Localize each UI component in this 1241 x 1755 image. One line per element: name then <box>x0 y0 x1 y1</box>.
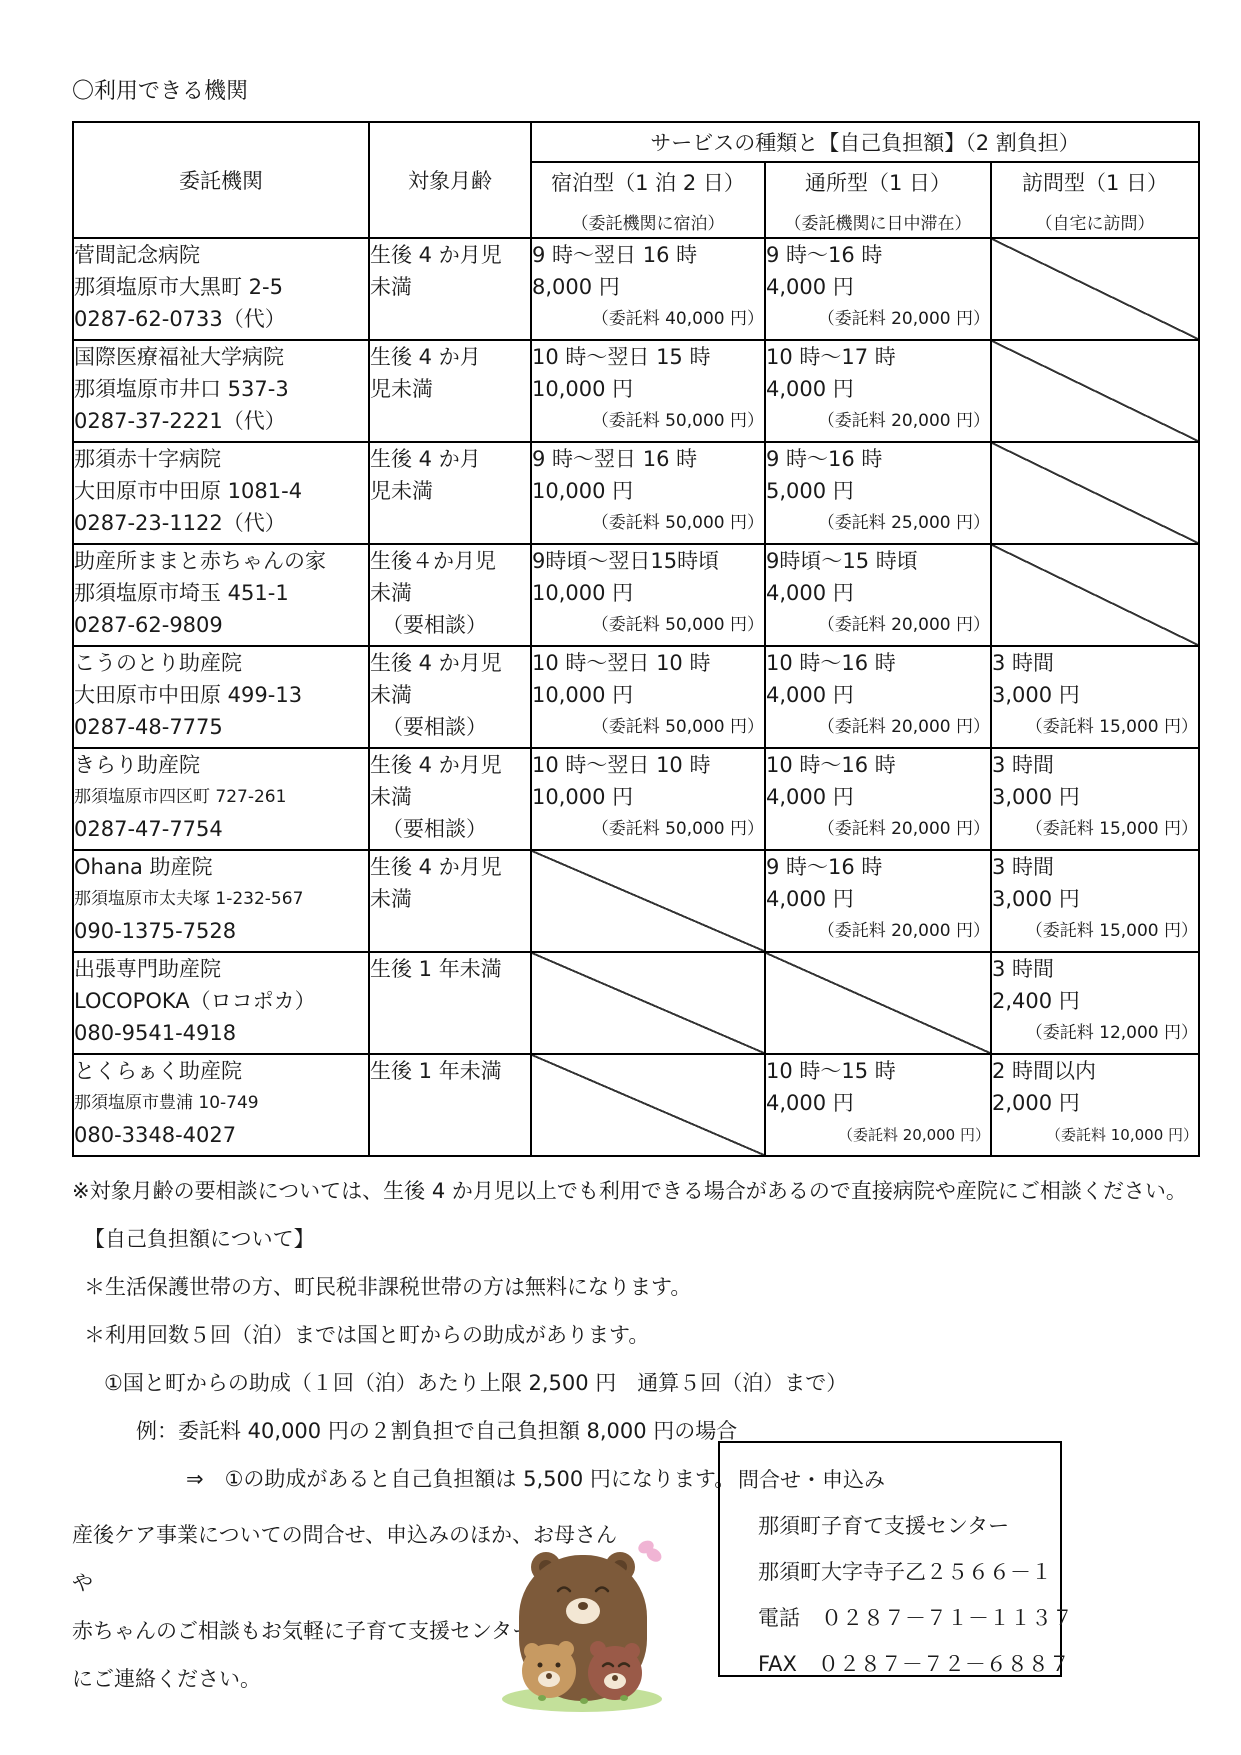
day-cell-line: （委託料 20,000 円） <box>766 609 990 641</box>
stay-cell-empty-diagonal <box>531 850 765 952</box>
stay-cell: 9時頃～翌日15時頃10,000 円（委託料 50,000 円） <box>531 544 765 646</box>
age-cell-line: （要相談） <box>370 813 530 845</box>
stay-cell-empty-diagonal <box>531 1054 765 1156</box>
visit-cell-line: （委託料 15,000 円） <box>992 915 1198 947</box>
day-cell: 9 時～16 時5,000 円（委託料 25,000 円） <box>765 442 991 544</box>
header-day-sub: （委託機関に日中滞在） <box>766 209 990 234</box>
contact-box: 問合せ・申込み 那須町子育て支援センター 那須町大字寺子乙２５６６－１ 電話 ０… <box>718 1441 1062 1677</box>
org-cell-line: 那須塩原市大黒町 2-5 <box>74 271 368 303</box>
org-cell-line: 0287-62-9809 <box>74 609 368 641</box>
age-cell-line: （要相談） <box>370 609 530 641</box>
org-cell: きらり助産院那須塩原市四区町 727-2610287-47-7754 <box>73 748 369 850</box>
org-cell-line: LOCOPOKA（ロコポカ） <box>74 985 368 1017</box>
stay-cell-line: 10,000 円 <box>532 475 764 507</box>
age-cell: 生後 4 か月児未満（要相談） <box>369 748 531 850</box>
header-age: 対象月齢 <box>369 122 531 238</box>
visit-cell: 3 時間2,400 円（委託料 12,000 円） <box>991 952 1199 1054</box>
age-cell-line: 生後 1 年未満 <box>370 953 530 985</box>
org-cell-line: 大田原市中田原 499-13 <box>74 679 368 711</box>
org-cell-line: こうのとり助産院 <box>74 647 368 679</box>
day-cell: 9時頃～15 時頃4,000 円（委託料 20,000 円） <box>765 544 991 646</box>
visit-cell-line: 3,000 円 <box>992 679 1198 711</box>
header-row-group: 委託機関 対象月齢 サービスの種類と【自己負担額】（2 割負担） <box>73 122 1199 162</box>
contact-phone: 電話 ０２８７－７１－１１３７ <box>758 1595 1060 1641</box>
page-title: 〇利用できる機関 <box>72 74 1198 105</box>
age-cell-line: 生後 4 か月児 <box>370 647 530 679</box>
org-cell-line: 出張専門助産院 <box>74 953 368 985</box>
visit-cell-line: 3,000 円 <box>992 883 1198 915</box>
org-cell-line: きらり助産院 <box>74 749 368 781</box>
org-cell-line: 0287-62-0733（代） <box>74 303 368 335</box>
day-cell: 9 時～16 時4,000 円（委託料 20,000 円） <box>765 238 991 340</box>
org-cell: 菅間記念病院那須塩原市大黒町 2-50287-62-0733（代） <box>73 238 369 340</box>
day-cell-line: （委託料 20,000 円） <box>766 405 990 437</box>
contact-fax: FAX ０２８７－７２－６８８７ <box>758 1641 1060 1687</box>
table-row: きらり助産院那須塩原市四区町 727-2610287-47-7754生後 4 か… <box>73 748 1199 850</box>
stay-cell-line: 10,000 円 <box>532 577 764 609</box>
day-cell-line: 4,000 円 <box>766 577 990 609</box>
visit-cell-line: 3 時間 <box>992 647 1198 679</box>
table-header: 委託機関 対象月齢 サービスの種類と【自己負担額】（2 割負担） 宿泊型（1 泊… <box>73 122 1199 238</box>
stay-cell-line: 9 時～翌日 16 時 <box>532 239 764 271</box>
org-cell-line: 那須塩原市埼玉 451-1 <box>74 577 368 609</box>
contact-title: 問合せ・申込み <box>738 1457 1060 1503</box>
table-row: 助産所ままと赤ちゃんの家那須塩原市埼玉 451-10287-62-9809生後４… <box>73 544 1199 646</box>
day-cell-line: 4,000 円 <box>766 679 990 711</box>
stay-cell-line: （委託料 40,000 円） <box>532 303 764 335</box>
header-org: 委託機関 <box>73 122 369 238</box>
day-cell-line: 10 時～15 時 <box>766 1055 990 1087</box>
day-cell-line: （委託料 20,000 円） <box>766 915 990 947</box>
org-cell-line: とくらぁく助産院 <box>74 1055 368 1087</box>
document-page: 〇利用できる機関 委託機関 対象月齢 サービスの種類と【自己負担額】（2 割負担… <box>0 0 1241 1755</box>
age-cell-line: 未満 <box>370 883 530 915</box>
day-cell-line: （委託料 20,000 円） <box>766 813 990 845</box>
day-cell-line: 5,000 円 <box>766 475 990 507</box>
stay-cell-line: （委託料 50,000 円） <box>532 813 764 845</box>
header-service-group: サービスの種類と【自己負担額】（2 割負担） <box>531 122 1199 162</box>
visit-cell: 2 時間以内2,000 円（委託料 10,000 円） <box>991 1054 1199 1156</box>
day-cell-line: 9 時～16 時 <box>766 239 990 271</box>
org-cell-line: 090-1375-7528 <box>74 915 368 947</box>
org-cell: こうのとり助産院大田原市中田原 499-130287-48-7775 <box>73 646 369 748</box>
org-cell-line: 那須塩原市豊浦 10-749 <box>74 1087 368 1119</box>
org-cell-line: 0287-37-2221（代） <box>74 405 368 437</box>
visit-cell-empty-diagonal <box>991 340 1199 442</box>
visit-cell-line: 2 時間以内 <box>992 1055 1198 1087</box>
note-subsidy-detail: ①国と町からの助成（１回（泊）あたり上限 2,500 円 通算５回（泊）まで） <box>104 1359 1198 1407</box>
table-row: Ohana 助産院那須塩原市太夫塚 1-232-567090-1375-7528… <box>73 850 1199 952</box>
org-cell-line: 大田原市中田原 1081-4 <box>74 475 368 507</box>
day-cell-line: 9 時～16 時 <box>766 851 990 883</box>
org-cell-line: 那須塩原市太夫塚 1-232-567 <box>74 883 368 915</box>
visit-cell-line: （委託料 12,000 円） <box>992 1017 1198 1049</box>
table-row: とくらぁく助産院那須塩原市豊浦 10-749080-3348-4027生後 1 … <box>73 1054 1199 1156</box>
day-cell-line: （委託料 20,000 円） <box>766 711 990 743</box>
table-body: 菅間記念病院那須塩原市大黒町 2-50287-62-0733（代）生後 4 か月… <box>73 238 1199 1156</box>
org-cell: とくらぁく助産院那須塩原市豊浦 10-749080-3348-4027 <box>73 1054 369 1156</box>
stay-cell-line: 10,000 円 <box>532 373 764 405</box>
footer-section: 産後ケア事業についての問合せ、申込みのほか、お母さんや 赤ちゃんのご相談もお気軽… <box>72 1511 1198 1716</box>
age-cell: 生後 1 年未満 <box>369 1054 531 1156</box>
visit-cell-empty-diagonal <box>991 442 1199 544</box>
day-cell-line: （委託料 20,000 円） <box>766 1119 990 1151</box>
org-cell-line: 0287-48-7775 <box>74 711 368 743</box>
visit-cell-line: 3,000 円 <box>992 781 1198 813</box>
facilities-table: 委託機関 対象月齢 サービスの種類と【自己負担額】（2 割負担） 宿泊型（1 泊… <box>72 121 1200 1157</box>
visit-cell-empty-diagonal <box>991 544 1199 646</box>
day-cell-line: 4,000 円 <box>766 373 990 405</box>
stay-cell-line: 10 時～翌日 10 時 <box>532 647 764 679</box>
age-cell-line: 生後 4 か月児 <box>370 851 530 883</box>
day-cell-line: 9時頃～15 時頃 <box>766 545 990 577</box>
org-cell-line: 080-9541-4918 <box>74 1017 368 1049</box>
age-cell-line: 児未満 <box>370 475 530 507</box>
table-row: 那須赤十字病院大田原市中田原 1081-40287-23-1122（代）生後 4… <box>73 442 1199 544</box>
stay-cell: 10 時～翌日 10 時10,000 円（委託料 50,000 円） <box>531 748 765 850</box>
visit-cell: 3 時間3,000 円（委託料 15,000 円） <box>991 748 1199 850</box>
age-cell-line: 生後 4 か月 <box>370 341 530 373</box>
day-cell-empty-diagonal <box>765 952 991 1054</box>
butterfly-icon <box>636 1538 664 1564</box>
stay-cell: 9 時～翌日 16 時8,000 円（委託料 40,000 円） <box>531 238 765 340</box>
day-cell-line: 10 時～16 時 <box>766 749 990 781</box>
header-visit-sub: （自宅に訪問） <box>992 209 1198 234</box>
header-visit-label: 訪問型（1 日） <box>992 167 1198 197</box>
age-cell-line: 生後 4 か月児 <box>370 749 530 781</box>
age-cell-line: 生後 1 年未満 <box>370 1055 530 1087</box>
age-cell: 生後 4 か月児未満 <box>369 340 531 442</box>
bear-family-illustration <box>502 1531 667 1717</box>
day-cell-line: 4,000 円 <box>766 883 990 915</box>
stay-cell: 10 時～翌日 15 時10,000 円（委託料 50,000 円） <box>531 340 765 442</box>
age-cell-line: 未満 <box>370 271 530 303</box>
age-cell-line: 未満 <box>370 577 530 609</box>
header-stay: 宿泊型（1 泊 2 日） （委託機関に宿泊） <box>531 162 765 238</box>
org-cell-line: 那須赤十字病院 <box>74 443 368 475</box>
table-row: こうのとり助産院大田原市中田原 499-130287-48-7775生後 4 か… <box>73 646 1199 748</box>
age-cell-line: 生後 4 か月児 <box>370 239 530 271</box>
visit-cell-empty-diagonal <box>991 238 1199 340</box>
age-cell-line: 未満 <box>370 679 530 711</box>
visit-cell-line: （委託料 15,000 円） <box>992 813 1198 845</box>
visit-cell-line: 2,000 円 <box>992 1087 1198 1119</box>
day-cell: 10 時～15 時4,000 円（委託料 20,000 円） <box>765 1054 991 1156</box>
age-cell-line: 生後 4 か月 <box>370 443 530 475</box>
contact-address: 那須町大字寺子乙２５６６－１ <box>758 1549 1060 1595</box>
org-cell-line: 0287-47-7754 <box>74 813 368 845</box>
org-cell-line: 助産所ままと赤ちゃんの家 <box>74 545 368 577</box>
day-cell-line: （委託料 25,000 円） <box>766 507 990 539</box>
org-cell-line: Ohana 助産院 <box>74 851 368 883</box>
visit-cell-line: 3 時間 <box>992 953 1198 985</box>
visit-cell-line: 3 時間 <box>992 851 1198 883</box>
day-cell-line: （委託料 20,000 円） <box>766 303 990 335</box>
day-cell-line: 10 時～16 時 <box>766 647 990 679</box>
day-cell: 10 時～16 時4,000 円（委託料 20,000 円） <box>765 748 991 850</box>
org-cell-line: 那須塩原市井口 537-3 <box>74 373 368 405</box>
visit-cell-line: 3 時間 <box>992 749 1198 781</box>
age-cell: 生後４か月児未満（要相談） <box>369 544 531 646</box>
org-cell-line: 国際医療福祉大学病院 <box>74 341 368 373</box>
day-cell-line: 4,000 円 <box>766 1087 990 1119</box>
note-subsidy: ＊利用回数５回（泊）までは国と町からの助成があります。 <box>84 1311 1198 1359</box>
org-cell: 助産所ままと赤ちゃんの家那須塩原市埼玉 451-10287-62-9809 <box>73 544 369 646</box>
stay-cell-line: 10,000 円 <box>532 781 764 813</box>
org-cell: 出張専門助産院LOCOPOKA（ロコポカ）080-9541-4918 <box>73 952 369 1054</box>
stay-cell: 9 時～翌日 16 時10,000 円（委託料 50,000 円） <box>531 442 765 544</box>
day-cell-line: 4,000 円 <box>766 271 990 303</box>
note-copay-heading: 【自己負担額について】 <box>84 1215 1198 1263</box>
header-visit: 訪問型（1 日） （自宅に訪問） <box>991 162 1199 238</box>
age-cell: 生後 4 か月児未満（要相談） <box>369 646 531 748</box>
visit-cell-line: （委託料 15,000 円） <box>992 711 1198 743</box>
table-row: 国際医療福祉大学病院那須塩原市井口 537-30287-37-2221（代）生後… <box>73 340 1199 442</box>
day-cell-line: 10 時～17 時 <box>766 341 990 373</box>
header-day-label: 通所型（1 日） <box>766 167 990 197</box>
org-cell-line: 那須塩原市四区町 727-261 <box>74 781 368 813</box>
org-cell-line: 菅間記念病院 <box>74 239 368 271</box>
visit-cell: 3 時間3,000 円（委託料 15,000 円） <box>991 850 1199 952</box>
stay-cell-line: 10,000 円 <box>532 679 764 711</box>
age-cell: 生後 1 年未満 <box>369 952 531 1054</box>
day-cell: 10 時～16 時4,000 円（委託料 20,000 円） <box>765 646 991 748</box>
age-cell-line: 未満 <box>370 781 530 813</box>
age-cell-line: 児未満 <box>370 373 530 405</box>
note-exemption: ＊生活保護世帯の方、町民税非課税世帯の方は無料になります。 <box>84 1263 1198 1311</box>
age-cell: 生後 4 か月児未満 <box>369 850 531 952</box>
visit-cell-line: （委託料 10,000 円） <box>992 1119 1198 1151</box>
org-cell: Ohana 助産院那須塩原市太夫塚 1-232-567090-1375-7528 <box>73 850 369 952</box>
stay-cell-line: （委託料 50,000 円） <box>532 507 764 539</box>
stay-cell-line: （委託料 50,000 円） <box>532 609 764 641</box>
org-cell: 国際医療福祉大学病院那須塩原市井口 537-30287-37-2221（代） <box>73 340 369 442</box>
stay-cell-line: 9時頃～翌日15時頃 <box>532 545 764 577</box>
stay-cell-line: （委託料 50,000 円） <box>532 711 764 743</box>
header-stay-sub: （委託機関に宿泊） <box>532 209 764 234</box>
visit-cell-line: 2,400 円 <box>992 985 1198 1017</box>
stay-cell-line: 10 時～翌日 15 時 <box>532 341 764 373</box>
day-cell-line: 9 時～16 時 <box>766 443 990 475</box>
stay-cell-line: （委託料 50,000 円） <box>532 405 764 437</box>
stay-cell-line: 9 時～翌日 16 時 <box>532 443 764 475</box>
org-cell-line: 0287-23-1122（代） <box>74 507 368 539</box>
org-cell: 那須赤十字病院大田原市中田原 1081-40287-23-1122（代） <box>73 442 369 544</box>
stay-cell-line: 10 時～翌日 10 時 <box>532 749 764 781</box>
age-cell: 生後 4 か月児未満 <box>369 238 531 340</box>
stay-cell: 10 時～翌日 10 時10,000 円（委託料 50,000 円） <box>531 646 765 748</box>
header-stay-label: 宿泊型（1 泊 2 日） <box>532 167 764 197</box>
table-row: 出張専門助産院LOCOPOKA（ロコポカ）080-9541-4918生後 1 年… <box>73 952 1199 1054</box>
stay-cell-empty-diagonal <box>531 952 765 1054</box>
day-cell: 10 時～17 時4,000 円（委託料 20,000 円） <box>765 340 991 442</box>
org-cell-line: 080-3348-4027 <box>74 1119 368 1151</box>
contact-center-name: 那須町子育て支援センター <box>758 1503 1060 1549</box>
table-row: 菅間記念病院那須塩原市大黒町 2-50287-62-0733（代）生後 4 か月… <box>73 238 1199 340</box>
visit-cell: 3 時間3,000 円（委託料 15,000 円） <box>991 646 1199 748</box>
document-content: 〇利用できる機関 委託機関 対象月齢 サービスの種類と【自己負担額】（2 割負担… <box>72 74 1198 1716</box>
stay-cell-line: 8,000 円 <box>532 271 764 303</box>
age-cell-line: 生後４か月児 <box>370 545 530 577</box>
age-cell-line: （要相談） <box>370 711 530 743</box>
note-age-consult: ※対象月齢の要相談については、生後 4 か月児以上でも利用できる場合があるので直… <box>72 1167 1198 1215</box>
day-cell: 9 時～16 時4,000 円（委託料 20,000 円） <box>765 850 991 952</box>
header-day: 通所型（1 日） （委託機関に日中滞在） <box>765 162 991 238</box>
age-cell: 生後 4 か月児未満 <box>369 442 531 544</box>
day-cell-line: 4,000 円 <box>766 781 990 813</box>
